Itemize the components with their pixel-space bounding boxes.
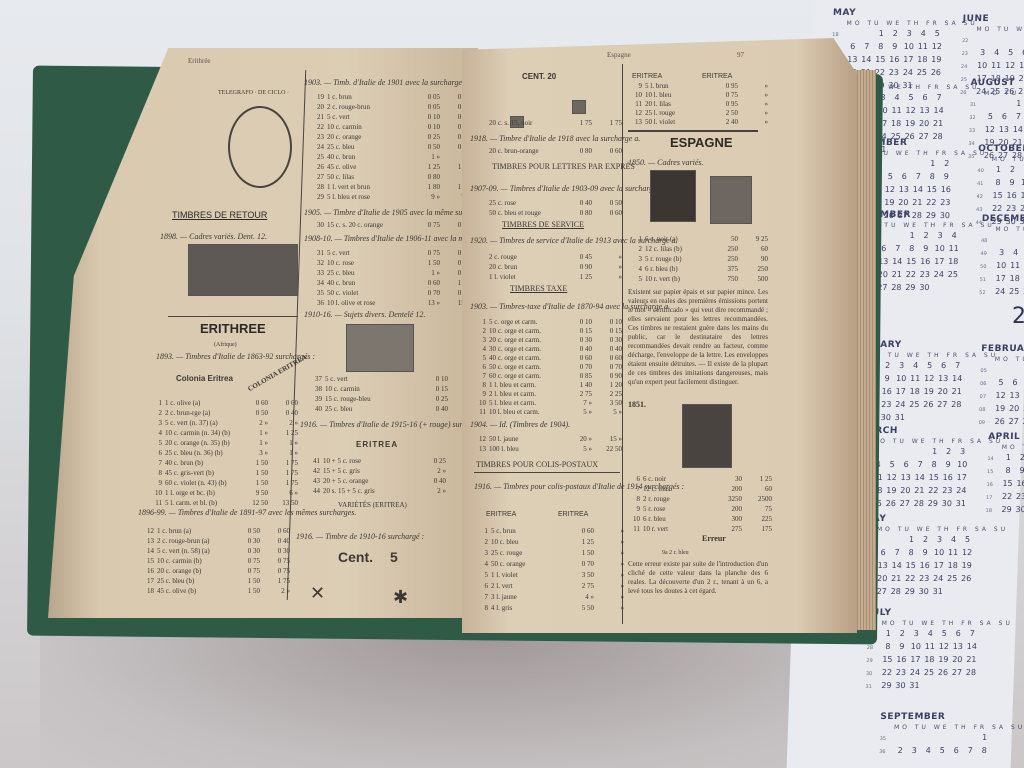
overprint-cent: Cent.	[338, 552, 373, 562]
row-description: 10 c. carmin	[325, 384, 360, 394]
table-row: 3610 l. olive et rose13 »15 »	[310, 298, 470, 308]
week-row: 311234	[970, 98, 1024, 111]
price-used: 1 75	[596, 118, 622, 128]
day-cell: 11	[916, 41, 930, 52]
row-description: 50 c. orange	[491, 559, 525, 570]
table-row: 121 c. brun (a)0 500 60	[140, 526, 290, 536]
day-cell: 3	[933, 230, 947, 241]
price-used: »	[598, 603, 624, 614]
price-mint: 0 15	[422, 384, 448, 394]
price-used: 6 »	[272, 488, 298, 498]
week-number: 50	[980, 262, 994, 273]
day-cell: 19	[959, 560, 973, 571]
day-cell: 5	[930, 28, 944, 39]
day-cell: 2	[888, 28, 902, 39]
row-description: 20 + 5 c. orange	[323, 476, 368, 486]
day-cell: 8	[905, 243, 919, 254]
day-cell: 28	[949, 399, 963, 410]
week-number: 36	[879, 747, 893, 758]
price-used: 15 »	[596, 434, 622, 444]
table-row: 3440 c. brun0 601 25	[310, 278, 470, 288]
day-cell: 10	[894, 373, 908, 384]
section-taxe: TIMBRES TAXE	[510, 284, 567, 294]
row-description: 20 c. orange (n. 35) (b)	[165, 438, 230, 448]
price-mint: 250	[712, 254, 738, 264]
day-cell: 25	[945, 573, 959, 584]
week-row: 5010111213141516	[980, 260, 1024, 273]
row-description: 6 c. noir	[643, 474, 666, 484]
week-row: 4215161718192021	[976, 190, 1024, 203]
table-row: 73 l. jaune4 »»	[474, 592, 624, 603]
day-cell: 4	[1008, 247, 1022, 258]
price-mint: 0 10	[414, 122, 440, 132]
price-used: 1 75	[264, 576, 290, 586]
day-cell: 20	[950, 654, 964, 665]
price-mint: 0 10	[414, 112, 440, 122]
week-row: 4812	[981, 234, 1024, 247]
day-cell: 21	[964, 654, 978, 665]
star-mark-icon: ✱	[393, 592, 408, 602]
row-description: 50 l. jaune	[489, 434, 518, 444]
day-cell: 23	[917, 573, 931, 584]
day-cell: 26	[921, 399, 935, 410]
day-cell: 12	[903, 105, 917, 116]
row-description: 20 c. orange (b)	[157, 566, 201, 576]
table-row: 540 c. orge et carm.0 600 60	[472, 354, 622, 363]
day-cell: 12	[983, 124, 997, 135]
day-cell: 30	[917, 586, 931, 597]
week-number: 17	[986, 493, 1000, 504]
table-row: 4320 + 5 c. orange0 400 50	[306, 476, 476, 486]
table-row: 4110 + 5 c. rose0 250 35	[306, 456, 476, 466]
price-used: »	[596, 262, 622, 272]
week-row: 2013141516171819	[831, 54, 977, 67]
row-number: 11	[148, 498, 162, 508]
row-description: 25 l. rouge	[645, 109, 675, 118]
table-row: 25 c. rose0 400 50	[472, 198, 622, 208]
table-eritrea-top: 95 l. brun0 95»1010 l. bleu0 75»1120 l. …	[628, 82, 768, 127]
month-name: MAY	[833, 8, 979, 18]
day-cell: 26	[884, 498, 898, 509]
table-row: 740 c. brun (b)1 501 75	[148, 458, 298, 468]
price-used: 0 50	[596, 198, 622, 208]
row-description: 5 c. brun	[491, 526, 516, 537]
row-description: 10 + 5 c. rose	[323, 456, 361, 466]
day-cell: 23	[918, 269, 932, 280]
price-mint: 30	[716, 474, 742, 484]
day-cell: 18	[1007, 273, 1021, 284]
row-description: 6 r. bleu	[643, 514, 666, 524]
divider	[168, 316, 298, 317]
row-number: 34	[310, 278, 324, 288]
day-cell: 4	[908, 360, 922, 371]
day-cell: 16	[1014, 478, 1024, 489]
price-mint: 200	[716, 504, 742, 514]
row-description: 20 c. orge et carm.	[489, 336, 541, 345]
week-number: 40	[977, 166, 991, 177]
row-description: 10 c. carmin (n. 34) (b)	[165, 428, 230, 438]
day-cell: 14	[890, 256, 904, 267]
day-cell: 5	[904, 92, 918, 103]
day-cell: 23	[940, 485, 954, 496]
row-number: 21	[310, 112, 324, 122]
day-cell: 7	[932, 92, 946, 103]
row-number: 4	[474, 559, 488, 570]
price-mint: 20 »	[566, 434, 592, 444]
table-row: 3550 c. violet0 700 70	[310, 288, 470, 298]
row-number: 17	[140, 576, 154, 586]
week-row: 0819202122232425	[979, 403, 1024, 416]
table-row: 210 c. orge et carm.0 150 15	[472, 327, 622, 336]
table-service: 2 c. rouge0 45»20 c. brun0 90»1 l. viole…	[472, 252, 622, 282]
table-row: 1110 l. bleu et carm.5 »5 »	[472, 408, 622, 417]
row-description: 1 c. brun (a)	[157, 526, 191, 536]
price-mint: 0 95	[712, 82, 738, 91]
row-number: 39	[308, 394, 322, 404]
week-row: 15891011121314	[987, 465, 1024, 478]
country-title-espagne: ESPAGNE	[670, 138, 733, 148]
day-cell: 28	[1020, 416, 1024, 427]
day-cell: 22	[926, 485, 940, 496]
table-row: 105 l. bleu et carm.7 »3 50	[472, 399, 622, 408]
price-used: »	[598, 548, 624, 559]
row-number: 9	[472, 390, 486, 399]
day-cell: 7	[891, 243, 905, 254]
row-number: 26	[310, 162, 324, 172]
price-used: 0 90	[596, 372, 622, 381]
row-description: 20 c. brun	[489, 262, 517, 272]
row-number: 41	[306, 456, 320, 466]
price-used: 0 40	[264, 536, 290, 546]
table-row: 2425 c. bleu0 500 50	[310, 142, 470, 152]
day-cell: 1	[926, 158, 940, 169]
error-title: Erreur	[702, 534, 726, 544]
weekday-header: MO TU WE TH FR SA SU	[867, 352, 998, 359]
price-used: 1 »	[272, 438, 298, 448]
day-cell: 15	[925, 184, 939, 195]
day-cell: 10	[994, 260, 1008, 271]
week-number: 30	[866, 669, 880, 680]
row-description: 2 c. rouge	[489, 252, 517, 262]
row-description: 25 c. bleu	[325, 404, 352, 414]
day-cell: 23	[894, 667, 908, 678]
section-retour: TIMBRES DE RETOUR	[172, 210, 267, 220]
month-name: AUGUST	[970, 78, 1024, 88]
day-cell: 2	[918, 534, 932, 545]
country-title-erithree: ERITHREE	[200, 324, 266, 334]
day-cell: 24	[954, 485, 968, 496]
price-mint: 0 75	[234, 566, 260, 576]
row-number: 2	[472, 327, 486, 336]
day-cell: 30	[940, 498, 954, 509]
price-used: 0 40	[272, 408, 298, 418]
issue-1908: 1908-10. — Timbres d'Italie de 1906-11 a…	[304, 234, 478, 244]
price-used: 90	[742, 254, 768, 264]
row-description: 5 l. carm. et bl. (b)	[165, 498, 217, 508]
table-row: 1845 c. olive (b)1 502 »	[140, 586, 290, 596]
price-used: 0 30	[596, 336, 622, 345]
day-cell: 13	[1007, 390, 1021, 401]
row-number: 38	[308, 384, 322, 394]
day-cell: 26	[959, 573, 973, 584]
price-used: »	[742, 82, 768, 91]
row-description: 12 c. lilas (b)	[645, 244, 682, 254]
day-cell: 5	[960, 534, 974, 545]
row-number: 3	[472, 336, 486, 345]
weekday-header: MO TU WE TH FR SA SU	[882, 620, 1013, 627]
price-mint: 0 40	[420, 476, 446, 486]
day-cell: 30	[879, 412, 893, 423]
row-number: 1	[472, 318, 486, 327]
price-mint: 300	[716, 514, 742, 524]
price-used: »	[598, 559, 624, 570]
price-mint: 1 40	[566, 381, 592, 390]
row-number: 10	[148, 488, 162, 498]
price-used: »	[598, 537, 624, 548]
day-cell: 5	[937, 628, 951, 639]
day-cell: 12	[885, 472, 899, 483]
row-number: 9	[148, 478, 162, 488]
price-mint: 4 »	[568, 592, 594, 603]
day-cell: 4	[946, 534, 960, 545]
price-mint: 0 70	[568, 559, 594, 570]
row-description: 10 r. vert	[643, 524, 668, 534]
table-row: 95 l. brun0 95»	[628, 82, 768, 91]
price-used: 13 50	[272, 498, 298, 508]
day-cell: 10	[1019, 177, 1024, 188]
row-description: 15 c. s. 20 c. orange	[327, 220, 383, 230]
row-description: 60 c. violet (n. 43) (b)	[165, 478, 227, 488]
table-row: 11 c. olive (a)0 600 60	[148, 398, 298, 408]
day-cell: 2	[880, 360, 894, 371]
price-mint: 9 50	[242, 488, 268, 498]
price-mint: 0 15	[566, 327, 592, 336]
day-cell: 20	[917, 118, 931, 129]
week-number: 32	[969, 113, 983, 124]
section-expres: TIMBRES POUR LETTRES PAR EXPRÈS	[492, 162, 635, 172]
table-row: 20 c. brun0 90»	[472, 262, 622, 272]
week-row: 196789101112	[832, 41, 978, 54]
table-row: 2540 c. brun1 »1 »	[310, 152, 470, 162]
price-mint: 0 60	[242, 398, 268, 408]
row-number: 2	[628, 244, 642, 254]
price-mint: 375	[712, 264, 738, 274]
price-mint: 0 40	[566, 345, 592, 354]
day-cell: 3	[907, 745, 921, 756]
week-number: 51	[979, 275, 993, 286]
day-cell: 8	[904, 547, 918, 558]
row-number: 8	[472, 381, 486, 390]
row-number: 6	[474, 581, 488, 592]
table-row: 132 c. rouge-brun (a)0 300 40	[140, 536, 290, 546]
day-cell: 10	[902, 41, 916, 52]
day-cell: 5	[885, 459, 899, 470]
row-description: 10 c. carmin	[327, 122, 362, 132]
week-row: 31293031	[865, 680, 1011, 693]
day-cell: 18	[889, 118, 903, 129]
day-cell: 12	[960, 547, 974, 558]
day-cell: 31	[907, 680, 921, 691]
table-row: 295 l. bleu et rose9 »7 »	[310, 192, 470, 202]
day-cell: 5	[935, 745, 949, 756]
table-row: 1 l. violet1 25»	[472, 272, 622, 282]
day-cell: 21	[950, 386, 964, 397]
price-used: »	[598, 592, 624, 603]
price-mint: 0 75	[712, 91, 738, 100]
price-used: 1 75	[272, 478, 298, 488]
price-used: 5 »	[596, 408, 622, 417]
price-mint: 2 50	[712, 109, 738, 118]
price-mint: 5 »	[566, 444, 592, 454]
row-number: 11	[628, 100, 642, 109]
price-mint: 0 70	[566, 363, 592, 372]
week-number: 08	[979, 405, 993, 416]
top-header-a: ERITREA	[632, 72, 662, 82]
row-description: 100 l. bleu	[489, 444, 519, 454]
row-description: 25 c. bleu	[327, 268, 354, 278]
day-cell: 11	[947, 243, 961, 254]
day-cell: 2	[941, 446, 955, 457]
price-mint: 0 60	[566, 354, 592, 363]
day-cell: 12	[937, 641, 951, 652]
weekday-header: MO TU WE TH FR SA SU	[1002, 444, 1024, 451]
day-cell: 15	[1000, 478, 1014, 489]
week-number: 23	[961, 49, 975, 60]
price-mint: 1 »	[242, 428, 268, 438]
table-1916b: 455 c. s. 15, noir (R)2 502 50	[284, 616, 474, 618]
price-used: 1 25	[746, 474, 772, 484]
error-row: 9a 2 r. bleu	[662, 548, 689, 558]
row-number: 5	[472, 354, 486, 363]
row-number: 33	[310, 268, 324, 278]
row-number: 36	[310, 298, 324, 308]
row-description: 5 c. vert	[327, 112, 350, 122]
week-number: 07	[979, 392, 993, 403]
row-number: 37	[308, 374, 322, 384]
row-description: 10 l. bleu et carm.	[489, 408, 540, 417]
week-number: 52	[979, 288, 993, 299]
day-cell: 8	[881, 641, 895, 652]
day-cell: 13	[951, 641, 965, 652]
table-1908: 315 c. vert0 750 503210 c. rose1 500 753…	[310, 248, 470, 308]
issue-1850: 1850. — Cadres variés.	[628, 158, 703, 168]
row-description: 40 c. brun	[327, 152, 355, 162]
day-cell: 23	[879, 399, 893, 410]
section-service: TIMBRES DE SERVICE	[502, 220, 584, 230]
table-row: 510 r. vert (b)750500	[628, 274, 768, 284]
price-mint: 0 80	[566, 208, 592, 218]
table-row: 20 c. brun-orange0 800 60	[472, 146, 622, 156]
week-row: 06567891011	[980, 377, 1024, 390]
calendar-month: APRILMO TU WE TH FR SA SU141234567158910…	[985, 432, 1024, 517]
table-row: 650 c. orge et carm.0 700 70	[472, 363, 622, 372]
table-row: 50 c. bleu et rouge0 800 60	[472, 208, 622, 218]
price-used: »	[742, 118, 768, 127]
row-number: 10	[628, 91, 642, 100]
month-name: OCTOBER	[978, 144, 1024, 154]
table-row: 625 c. bleu (n. 36) (b)3 »1 »	[148, 448, 298, 458]
week-row: 2212	[962, 34, 1024, 47]
price-mint: 2 »	[420, 466, 446, 476]
row-number: 10	[472, 399, 486, 408]
row-description: 1 l. orge et bc. (b)	[165, 488, 215, 498]
price-mint: 1 25	[566, 272, 592, 282]
top-header-b: ERITREA	[702, 72, 732, 82]
day-cell: 6	[1008, 377, 1022, 388]
day-cell: 6	[949, 745, 963, 756]
day-cell: 19	[903, 118, 917, 129]
price-used: »	[598, 581, 624, 592]
week-number: 29	[866, 656, 880, 667]
week-row: 3022232425262728	[866, 667, 1012, 680]
price-used: 175	[746, 524, 772, 534]
day-cell: 17	[1018, 190, 1024, 201]
week-row: 2915161718192021	[866, 654, 1012, 667]
row-description: 6 r. bleu (b)	[645, 264, 678, 274]
row-description: 2 l. vert	[491, 581, 513, 592]
table-row: 115 l. carm. et bl. (b)12 5013 50	[148, 498, 298, 508]
day-cell: 18	[908, 386, 922, 397]
day-cell: 5	[983, 111, 997, 122]
star-mark-icon: ✕	[310, 588, 325, 598]
row-description: 1 l. bleu et carm.	[489, 381, 536, 390]
table-row: 3810 c. carmin0 150 15	[308, 384, 478, 394]
table-row: 84 l. gris5 50»	[474, 603, 624, 614]
day-cell: 4	[921, 745, 935, 756]
day-cell: 5	[883, 171, 897, 182]
price-used: 60	[746, 484, 772, 494]
price-used: 60	[742, 244, 768, 254]
row-number: 22	[310, 122, 324, 132]
price-mint: 0 05	[414, 102, 440, 112]
month-name: JULY	[868, 608, 1014, 618]
row-number: 3	[628, 254, 642, 264]
price-mint: 275	[716, 524, 742, 534]
price-used: 1 »	[272, 448, 298, 458]
week-row: 41891011121314	[977, 177, 1024, 190]
row-description: 10 c. bleu	[491, 537, 518, 548]
day-cell: 8	[874, 41, 888, 52]
row-number: 7	[626, 484, 640, 494]
row-description: 5 l. brun	[645, 82, 669, 91]
issue-1851: 1851.	[628, 400, 646, 410]
price-used: 0 60	[596, 146, 622, 156]
day-cell: 3	[909, 628, 923, 639]
row-description: 5 c. vert (n. 37) (a)	[165, 418, 218, 428]
table-row: 82 r. rouge32502500	[626, 494, 772, 504]
day-cell: 23	[1004, 203, 1018, 214]
weekday-header: MO TU WE TH FR SA SU	[894, 724, 1024, 731]
week-row: 28891011121314	[867, 641, 1013, 654]
row-number: 1	[148, 398, 162, 408]
table-row: 212 c. lilas (b)25060	[628, 244, 768, 254]
table-1918: 20 c. brun-orange0 800 60	[472, 146, 622, 156]
day-cell: 31	[931, 586, 945, 597]
row-description: 30 c. orge et carm.	[489, 345, 541, 354]
row-description: 45 c. gris-vert (b)	[165, 468, 214, 478]
divider	[474, 472, 620, 473]
day-cell: 9	[939, 171, 953, 182]
price-used: 0 60	[596, 354, 622, 363]
day-cell: 12	[922, 373, 936, 384]
row-number: 2	[474, 537, 488, 548]
week-number: 22	[962, 36, 976, 47]
day-cell: 10	[909, 641, 923, 652]
month-name: FEBRUARY	[981, 344, 1024, 354]
day-cell: 16	[880, 386, 894, 397]
issue-1904: 1904. — Id. (Timbres de 1904).	[470, 420, 570, 430]
table-row: 520 c. orange (n. 35) (b)1 »1 »	[148, 438, 298, 448]
